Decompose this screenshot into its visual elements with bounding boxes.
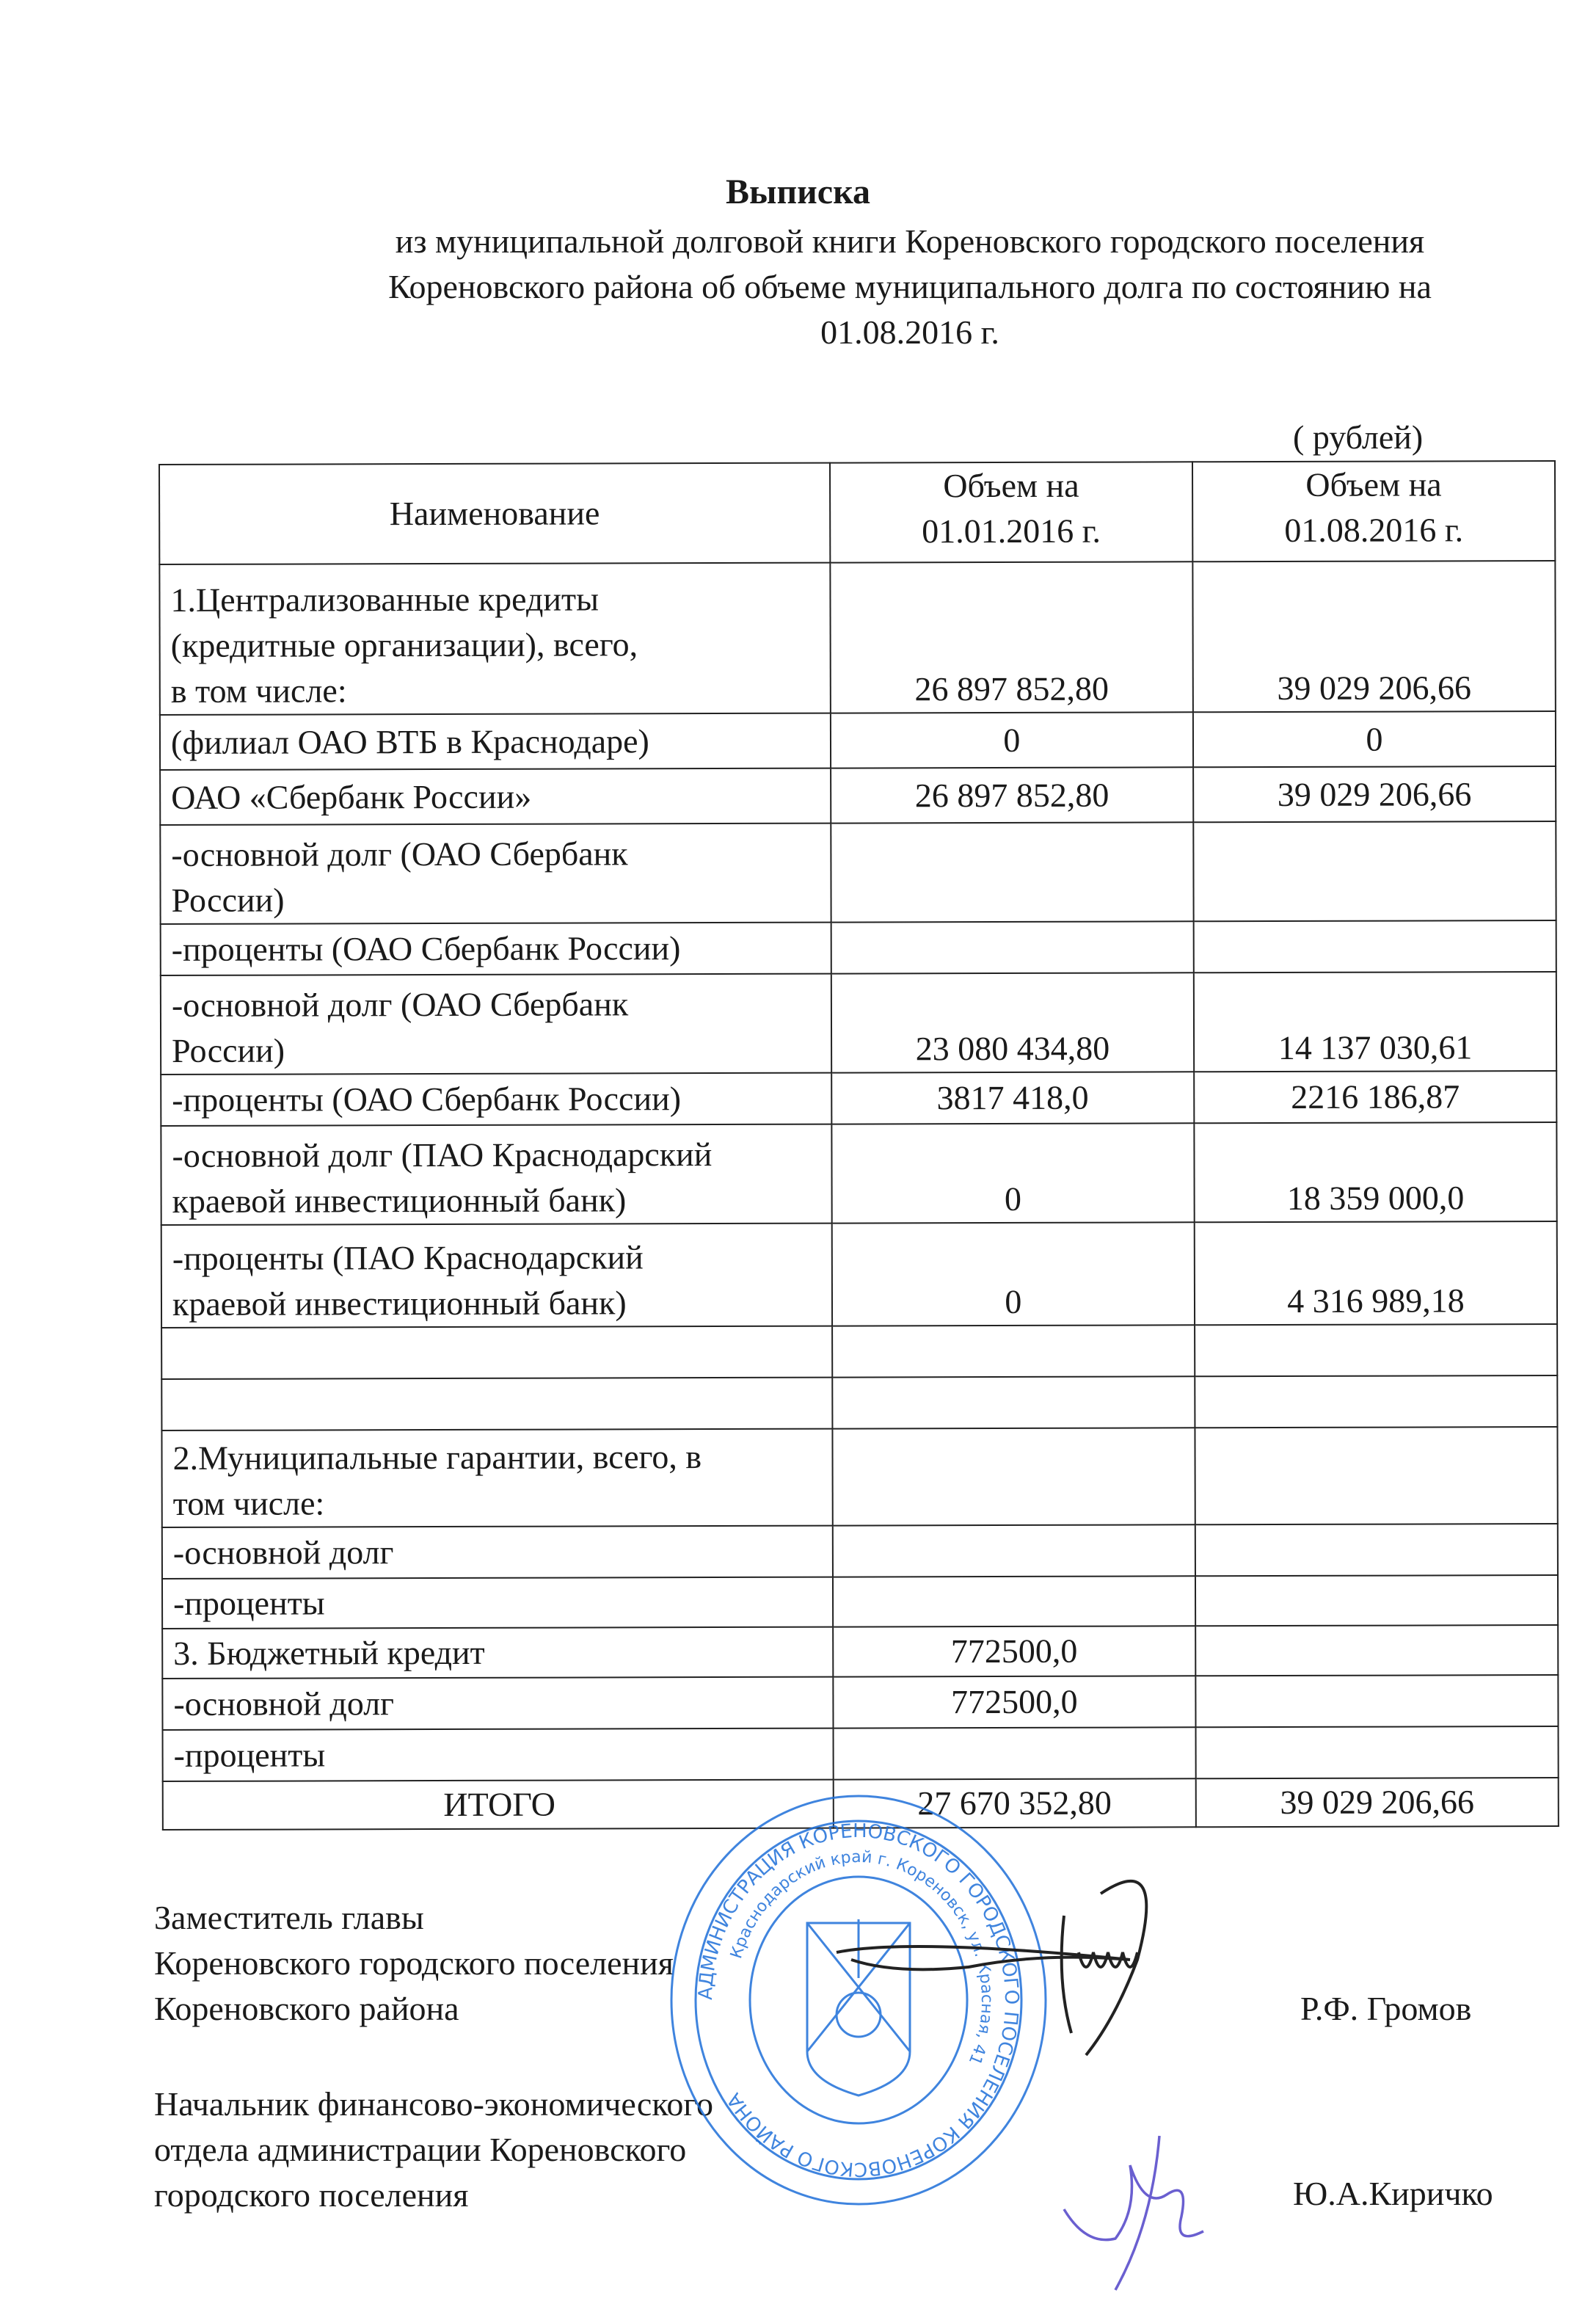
- row-value-aug: 14 137 030,61: [1194, 972, 1556, 1072]
- row-value-jan: [833, 1727, 1195, 1779]
- table-row: 2.Муниципальные гарантии, всего, втом чи…: [161, 1427, 1557, 1527]
- header-volume-aug: Объем на 01.08.2016 г.: [1192, 461, 1555, 561]
- row-value-jan: 0: [832, 1222, 1195, 1326]
- table-row: -проценты: [163, 1726, 1559, 1781]
- table-row: [161, 1324, 1557, 1379]
- table-header-row: Наименование Объем на 01.01.2016 г. Объе…: [159, 461, 1555, 564]
- row-value-jan: 772500,0: [833, 1676, 1195, 1728]
- row-name: 2.Муниципальные гарантии, всего, втом чи…: [161, 1429, 832, 1527]
- row-name: -основной долг: [162, 1526, 833, 1579]
- header-volume-jan: Объем на 01.01.2016 г.: [830, 462, 1192, 562]
- row-value-jan: [831, 921, 1193, 973]
- table-row: -основной долг (ПАО Краснодарскийкраевой…: [161, 1122, 1556, 1225]
- subtitle-line: из муниципальной долговой книги Кореновс…: [235, 219, 1585, 264]
- row-name: -проценты (ОАО Сбербанк России): [161, 923, 831, 975]
- row-value-aug: 18 359 000,0: [1194, 1122, 1556, 1222]
- row-value-jan: 26 897 852,80: [830, 561, 1193, 713]
- row-value-aug: [1195, 1625, 1558, 1676]
- signature-block-2-name: Ю.А.Киричко: [1293, 2171, 1493, 2217]
- row-value-aug: 39 029 206,66: [1192, 561, 1556, 712]
- row-value-aug: [1195, 1324, 1557, 1376]
- row-name: 3. Бюджетный кредит: [162, 1627, 833, 1679]
- row-value-aug: [1195, 1675, 1558, 1727]
- table-row: -проценты (ОАО Сбербанк России): [161, 920, 1556, 975]
- row-name: -основной долг (ОАО СбербанкРоссии): [161, 974, 831, 1075]
- table-row: -проценты: [162, 1575, 1558, 1629]
- row-value-jan: 772500,0: [833, 1626, 1195, 1676]
- row-value-jan: [833, 1524, 1195, 1577]
- row-value-jan: 0: [831, 712, 1193, 768]
- total-value-aug: 39 029 206,66: [1196, 1778, 1559, 1827]
- signature-kirichko-icon: [1057, 2121, 1247, 2297]
- table-row: ОАО «Сбербанк России»26 897 852,8039 029…: [160, 766, 1556, 825]
- row-value-aug: 4 316 989,18: [1195, 1221, 1557, 1325]
- row-name: [161, 1326, 832, 1379]
- signature-block-1-name: Р.Ф. Громов: [1300, 1986, 1471, 2032]
- row-name: 1.Централизованные кредиты(кредитные орг…: [159, 563, 830, 715]
- row-value-aug: [1195, 1375, 1557, 1428]
- row-value-jan: 0: [831, 1123, 1194, 1223]
- row-value-jan: [832, 1376, 1195, 1428]
- row-value-jan: 26 897 852,80: [831, 767, 1193, 823]
- signature-block-1-position: Заместитель главы Кореновского городског…: [154, 1895, 674, 2032]
- row-name: -проценты: [162, 1577, 833, 1629]
- row-name: ОАО «Сбербанк России»: [160, 768, 831, 825]
- table-row: [161, 1375, 1557, 1431]
- debt-table: Наименование Объем на 01.01.2016 г. Объе…: [158, 460, 1559, 1831]
- row-name: -основной долг (ОАО СбербанкРоссии): [160, 824, 831, 924]
- row-value-jan: 23 080 434,80: [831, 973, 1194, 1072]
- row-value-aug: 0: [1193, 711, 1556, 767]
- table-row: -основной долг772500,0: [162, 1675, 1558, 1730]
- row-name: -проценты: [163, 1728, 834, 1781]
- row-value-aug: [1195, 1575, 1558, 1626]
- row-value-aug: [1195, 1524, 1558, 1576]
- table-row: -основной долг (ОАО СбербанкРоссии)23 08…: [161, 972, 1556, 1075]
- table-row: (филиал ОАО ВТБ в Краснодаре)00: [160, 711, 1556, 770]
- row-value-aug: [1193, 821, 1556, 921]
- row-name: -основной долг: [162, 1677, 833, 1730]
- row-name: [161, 1378, 832, 1431]
- table-row: 3. Бюджетный кредит772500,0: [162, 1625, 1558, 1679]
- row-value-jan: [832, 1325, 1195, 1377]
- row-value-jan: 3817 418,0: [831, 1072, 1194, 1124]
- document-title: Выписка: [0, 170, 1596, 214]
- row-value-aug: 2216 186,87: [1194, 1071, 1556, 1123]
- row-value-jan: [832, 1428, 1195, 1525]
- document-subtitle: из муниципальной долговой книги Кореновс…: [235, 219, 1585, 355]
- table-row: -основной долг: [162, 1524, 1558, 1579]
- row-value-aug: 39 029 206,66: [1193, 766, 1556, 822]
- row-value-aug: [1194, 920, 1556, 973]
- table-row: 1.Централизованные кредиты(кредитные орг…: [159, 561, 1556, 715]
- table-row: -основной долг (ОАО СбербанкРоссии): [160, 821, 1556, 924]
- row-value-aug: [1195, 1427, 1557, 1524]
- row-name: -проценты (ПАО Краснодарскийкраевой инве…: [161, 1224, 832, 1328]
- units-label: ( рублей): [1293, 417, 1423, 458]
- table-row: -проценты (ПАО Краснодарскийкраевой инве…: [161, 1221, 1557, 1328]
- row-value-jan: [831, 822, 1193, 922]
- row-name: (филиал ОАО ВТБ в Краснодаре): [160, 713, 831, 770]
- table-row: -проценты (ОАО Сбербанк России)3817 418,…: [161, 1071, 1556, 1126]
- subtitle-line: Кореновского района об объеме муниципаль…: [235, 264, 1585, 310]
- row-value-aug: [1195, 1726, 1558, 1778]
- signature-block-2-position: Начальник финансово-экономического отдел…: [154, 2082, 713, 2218]
- subtitle-line: 01.08.2016 г.: [235, 310, 1585, 355]
- row-name: -проценты (ОАО Сбербанк России): [161, 1073, 831, 1126]
- row-name: -основной долг (ПАО Краснодарскийкраевой…: [161, 1124, 831, 1225]
- row-value-jan: [833, 1576, 1195, 1626]
- signature-gromov-icon: [822, 1850, 1203, 2070]
- header-name: Наименование: [159, 463, 830, 564]
